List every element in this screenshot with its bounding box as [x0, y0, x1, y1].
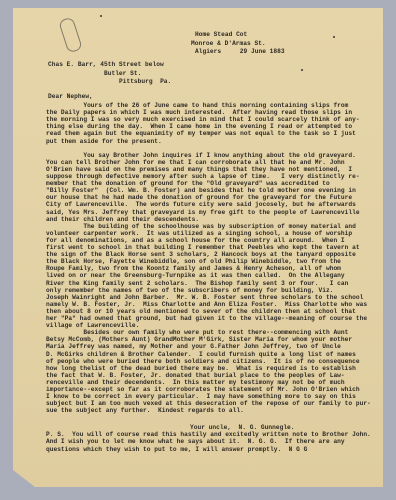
body-line: sue the subject any further. Kindest reg… — [46, 407, 244, 414]
body-line: Joseph Wainright and John Barber. Mr. W.… — [46, 294, 363, 301]
body-line: Roupe Family, two from the Koontz family… — [46, 265, 341, 272]
body-line: Betsy McComb, (Mothers Aunt) GrandMother… — [46, 336, 352, 343]
heading-line: Monroe & D'Armas St. — [191, 40, 266, 47]
body-line: first went to school in that building I … — [46, 244, 360, 251]
body-line: renceville and their decendents. In this… — [46, 379, 345, 386]
body-line: how long thelist of the dead buried ther… — [46, 365, 356, 372]
body-line: the Daily papers in which I was much int… — [46, 109, 352, 116]
postscript-line: P. S. You will of course read this hasti… — [46, 431, 371, 438]
paper-speck — [333, 36, 335, 38]
body-line: I know to be correct in every particular… — [46, 393, 356, 400]
body-line: her "Pa" had owned that ground, but had … — [46, 315, 367, 322]
body-line: namely W. B. Foster, Jr. Miss Charlotte … — [46, 301, 367, 308]
body-line: of people who were buried there both sol… — [46, 358, 360, 365]
body-line: The building of the schoolhouse was by s… — [46, 223, 356, 230]
body-line: suppose through defective memory after s… — [46, 173, 360, 180]
body-line: said, Yes Mrs. Jeffrey that graveyard is… — [46, 209, 360, 216]
body-line: River the King family sent 2 scholars. T… — [46, 280, 348, 287]
body-line: D. McGirks children & Brother Calender. … — [46, 351, 356, 358]
address-line: Chas E. Barr, 45th Street below — [48, 61, 164, 68]
body-line: subject but I am too much vexed at this … — [46, 400, 371, 407]
paper-speck — [301, 69, 303, 71]
closing: Your uncle, N. G. Gunnegle. — [190, 424, 295, 431]
paper-speck — [100, 15, 102, 17]
body-line: City of Lawrenceville. The words future … — [46, 201, 356, 208]
body-line: the Black Horse, Fayette Winebiddle, son… — [46, 258, 341, 265]
body-line: the sign of the Black Horse sent 3 schol… — [46, 251, 356, 258]
body-line: then about 8 or 10 years old mentioned t… — [46, 308, 356, 315]
body-line: read them again but the equanimity of my… — [46, 130, 356, 137]
body-line: only remember the names of two of the su… — [46, 287, 333, 294]
postscript-line: questions which they wish to put to me, … — [46, 446, 307, 453]
body-line: You can tell Brother John for me that I … — [46, 159, 345, 166]
body-line: volunteer carpenter work. It was utilize… — [46, 230, 352, 237]
heading-line: Algiers 29 June 1883 — [195, 48, 285, 55]
body-line: our house that he had made the donation … — [46, 194, 352, 201]
body-line: Maria Jeffrey was named, my Mother and y… — [46, 343, 341, 350]
body-line: You say Brother John inquires if I know … — [46, 152, 356, 159]
body-line: the fact that W. B. Foster, Jr. donated … — [46, 372, 345, 379]
body-line: member that the donation of ground for t… — [46, 180, 330, 187]
body-line: put them aside for the present. — [46, 138, 162, 145]
body-line: O'Brien have said on the premises and ma… — [46, 166, 352, 173]
body-line: importance--except so far as it corrobor… — [46, 386, 360, 393]
body-line: "Billy Foster" (Col. Wm. B. Foster) and … — [46, 187, 356, 194]
body-line: village of Lawrenceville. — [46, 322, 139, 329]
body-line: Besides our own family who were put to r… — [46, 329, 348, 336]
postscript-line: And I wish you to let me know what he sa… — [46, 438, 345, 445]
body-line: for all denominations, and as a school h… — [46, 237, 345, 244]
body-line: the morning I was so very much exercised… — [46, 116, 360, 123]
address-line: Pittsburg Pa. — [119, 78, 171, 85]
salutation: Dear Nephew, — [48, 93, 93, 100]
address-line: Butler St. — [104, 70, 141, 77]
heading-line: Home Stead Cot — [195, 31, 247, 38]
body-line: and their children and their descendents… — [46, 216, 199, 223]
body-line: lived on or near the Greensburg-Turnpike… — [46, 272, 345, 279]
body-line: thing else during the day. When I came h… — [46, 123, 352, 130]
body-line: Yours of the 26 of June came to hand thi… — [46, 102, 348, 109]
